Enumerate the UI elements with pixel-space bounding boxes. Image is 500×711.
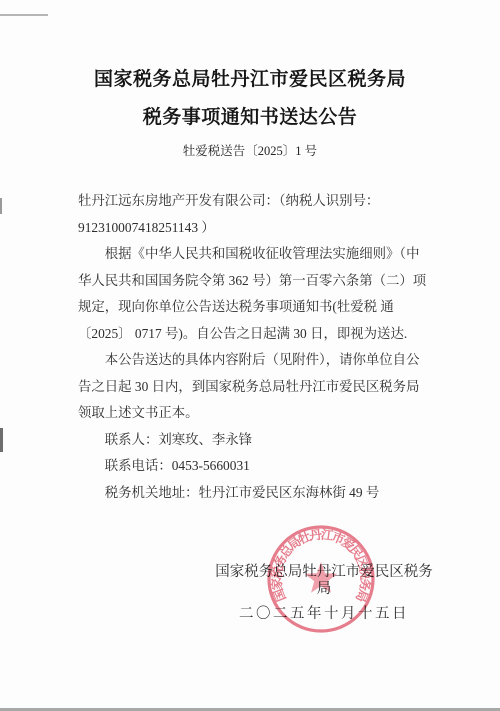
document-body: 牡丹江远东房地产开发有限公司：（纳税人识别号： 9123100074182511… <box>78 188 442 506</box>
body-line: 华人民共和国国务院令第 362 号）第一百零六条第（二）项 <box>78 268 442 295</box>
document-number: 牡爱税送告〔2025〕1 号 <box>0 141 500 159</box>
scan-artifact-top-left <box>0 14 48 16</box>
scan-artifact-left-edge-2 <box>0 428 3 452</box>
document-page: 国家税务总局牡丹江市爱民区税务局 税务事项通知书送达公告 牡爱税送告〔2025〕… <box>0 0 500 711</box>
body-line-office-address: 税务机关地址：牡丹江市爱民区东海林街 49 号 <box>78 480 442 507</box>
body-line: 912310007418251143 ） <box>78 215 442 242</box>
document-title-line1: 国家税务总局牡丹江市爱民区税务局 <box>0 64 500 91</box>
body-line: 领取上述文书正本。 <box>78 400 442 427</box>
body-line-contact-phone: 联系电话：0453-5660031 <box>78 453 442 480</box>
seal-star-icon <box>305 562 337 593</box>
body-line: 牡丹江远东房地产开发有限公司：（纳税人识别号： <box>78 188 442 215</box>
body-line: 〔2025〕 0717 号)。自公告之日起满 30 日，即视为送达. <box>78 321 442 348</box>
body-line: 本公告送达的具体内容附后（见附件），请你单位自公 <box>78 347 442 374</box>
scan-artifact-left-edge-1 <box>0 198 2 214</box>
body-line: 规定，现向你单位公告送达税务事项通知书(牡爱税 通 <box>78 294 442 321</box>
body-line-contact-person: 联系人：刘寒玫、李永锋 <box>78 427 442 454</box>
official-red-seal: 国家税务总局牡丹江市爱民区税务局 <box>263 521 379 637</box>
body-line: 根据《中华人民共和国税收征收管理法实施细则》（中 <box>78 241 442 268</box>
body-line: 告之日起 30 日内，到国家税务总局牡丹江市爱民区税务局 <box>78 374 442 401</box>
document-title-line2: 税务事项通知书送达公告 <box>0 102 500 129</box>
